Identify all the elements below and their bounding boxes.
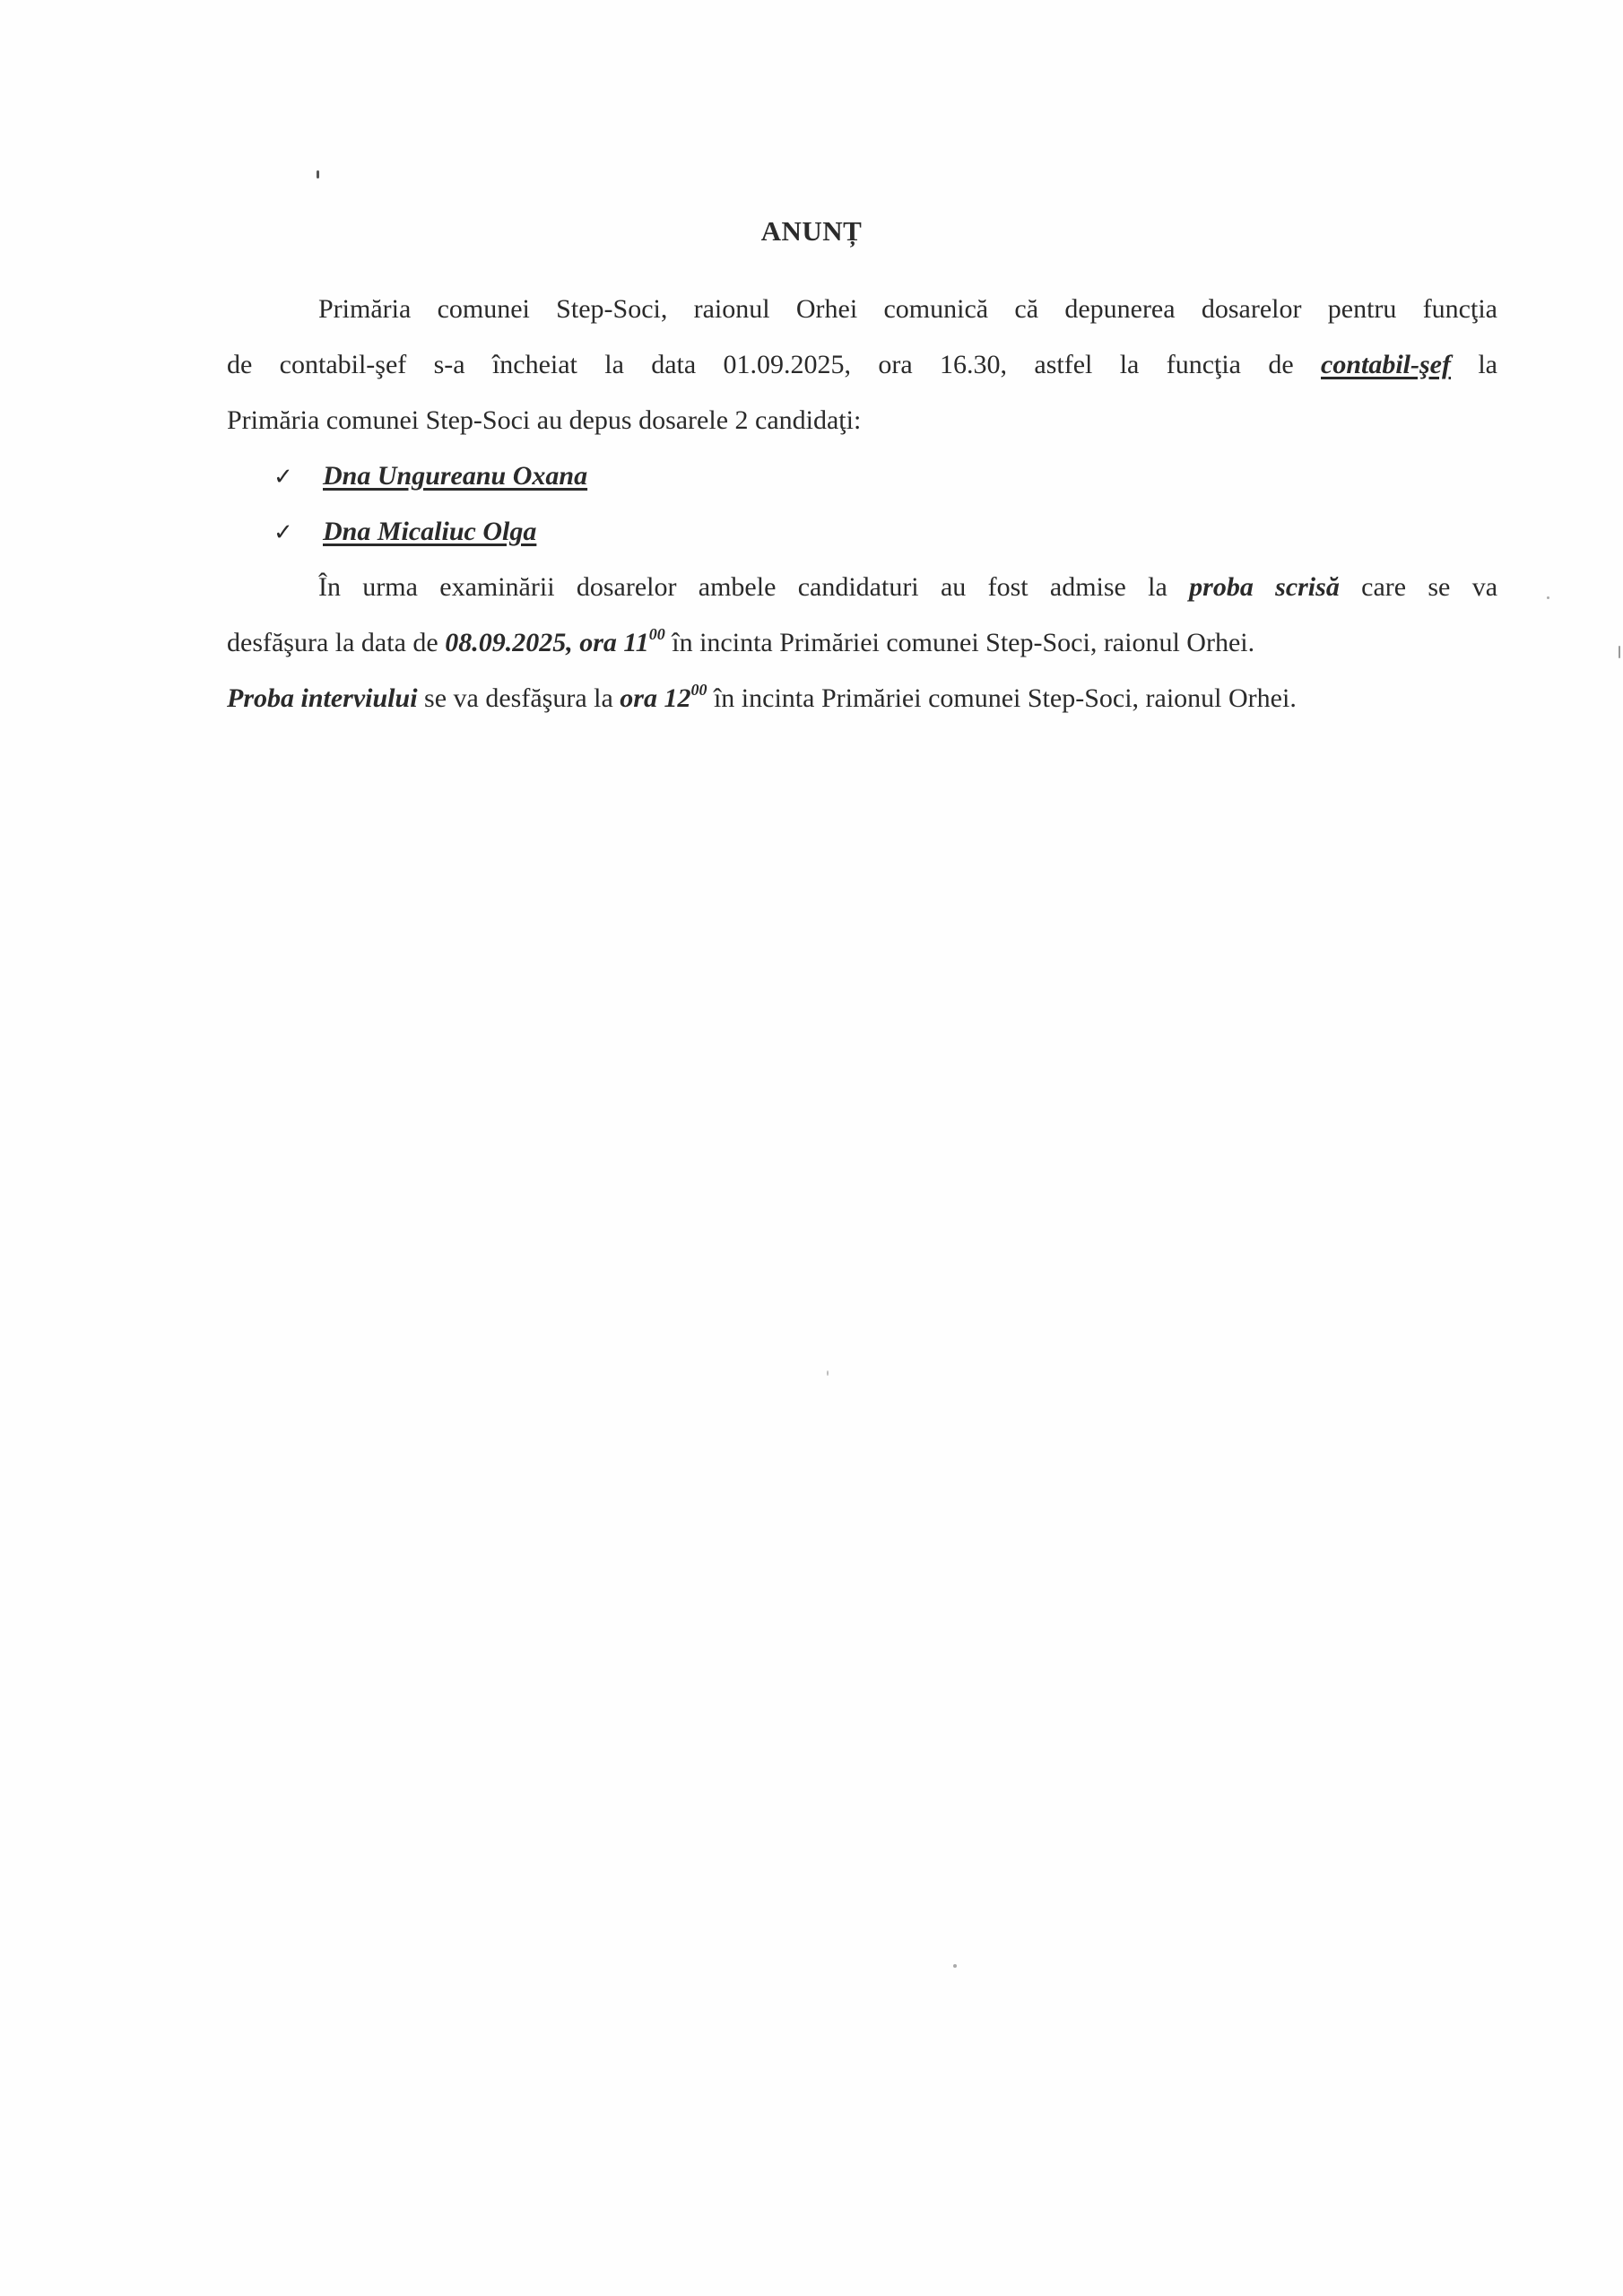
paragraph-1-line-2-suffix: la: [1451, 350, 1497, 379]
paragraph-2-line-2-suffix: în incinta Primăriei comunei Step-Soci, …: [665, 628, 1254, 657]
paragraph-2-line-2: desfăşura la data de 08.09.2025, ora 110…: [227, 625, 1497, 661]
checkmark-icon: ✓: [273, 515, 323, 551]
paragraph-2-line-1-suffix: care se va: [1340, 572, 1497, 602]
interview-emphasis: Proba interviului: [227, 683, 418, 713]
paragraph-3: Proba interviului se va desfăşura la ora…: [227, 681, 1497, 717]
interview-time: ora 1200: [620, 683, 707, 713]
scan-speck: [953, 1964, 957, 1968]
written-test-minutes: 00: [649, 625, 665, 643]
paragraph-2-line-2-prefix: desfăşura la data de: [227, 628, 445, 657]
paragraph-1-line-2: de contabil-şef s-a încheiat la data 01.…: [227, 347, 1497, 383]
scan-speck: [827, 1370, 829, 1376]
candidate-name: Dna Ungureanu Oxana: [323, 461, 587, 491]
paragraph-3-suffix: în incinta Primăriei comunei Step-Soci, …: [707, 683, 1296, 713]
candidate-list-item: ✓Dna Ungureanu Oxana: [273, 458, 587, 495]
paragraph-2-line-1: În urma examinării dosarelor ambele cand…: [318, 570, 1497, 605]
scan-speck: [1547, 596, 1549, 599]
paragraph-3-middle: se va desfăşura la: [418, 683, 621, 713]
paragraph-1-line-3: Primăria comunei Step-Soci au depus dosa…: [227, 403, 1497, 439]
paragraph-2-line-1-prefix: În urma examinării dosarelor ambele cand…: [318, 572, 1189, 602]
interview-minutes: 00: [690, 681, 707, 699]
interview-time-text: ora 12: [620, 683, 690, 713]
paragraph-1-line-1: Primăria comunei Step-Soci, raionul Orhe…: [318, 291, 1497, 327]
paragraph-1-line-2-prefix: de contabil-şef s-a încheiat la data 01.…: [227, 350, 1321, 379]
scan-speck: [1619, 646, 1620, 658]
document-title: ANUNȚ: [0, 215, 1623, 248]
document-page: ANUNȚ Primăria comunei Step-Soci, raionu…: [0, 0, 1623, 2296]
written-test-datetime: 08.09.2025, ora 1100: [445, 628, 665, 657]
checkmark-icon: ✓: [273, 459, 323, 495]
scan-speck: [317, 170, 319, 178]
position-title-emphasis: contabil-şef: [1321, 350, 1451, 379]
written-test-datetime-text: 08.09.2025, ora 11: [445, 628, 649, 657]
candidate-name: Dna Micaliuc Olga: [323, 517, 536, 546]
written-test-emphasis: proba scrisă: [1189, 572, 1340, 602]
candidate-list-item: ✓Dna Micaliuc Olga: [273, 514, 536, 551]
